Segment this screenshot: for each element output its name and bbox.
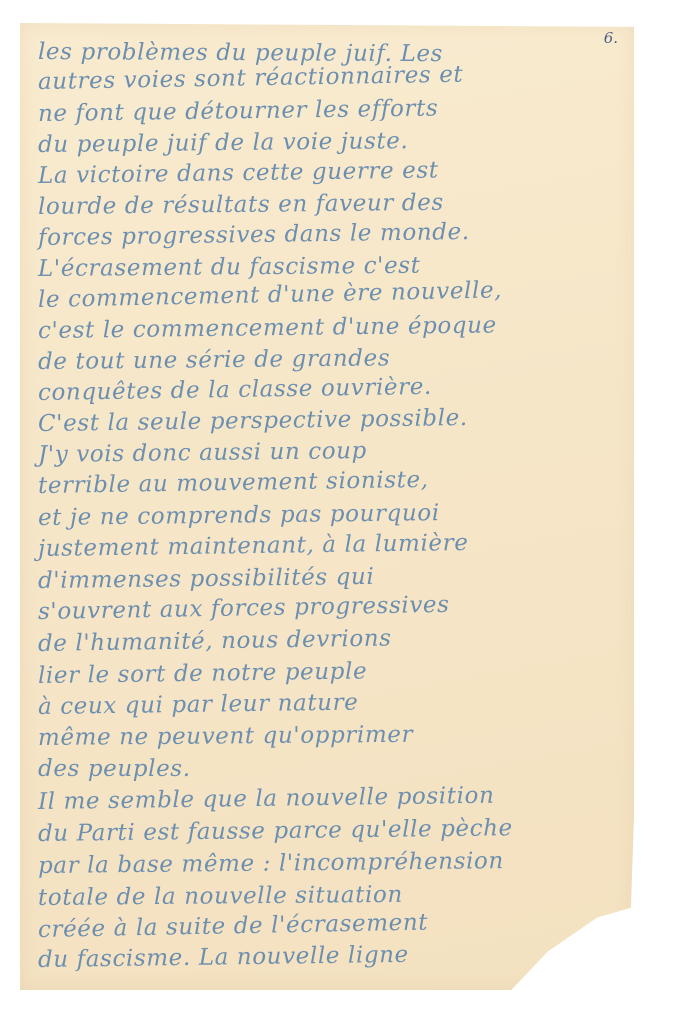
handwritten-text: les problèmes du peuple juif. Les autres… xyxy=(20,23,634,990)
letter-page: 6. les problèmes du peuple juif. Les aut… xyxy=(20,23,634,990)
text-line: du fascisme. La nouvelle ligne xyxy=(38,935,624,977)
text-line: même ne peuvent qu'opprimer xyxy=(38,716,624,755)
